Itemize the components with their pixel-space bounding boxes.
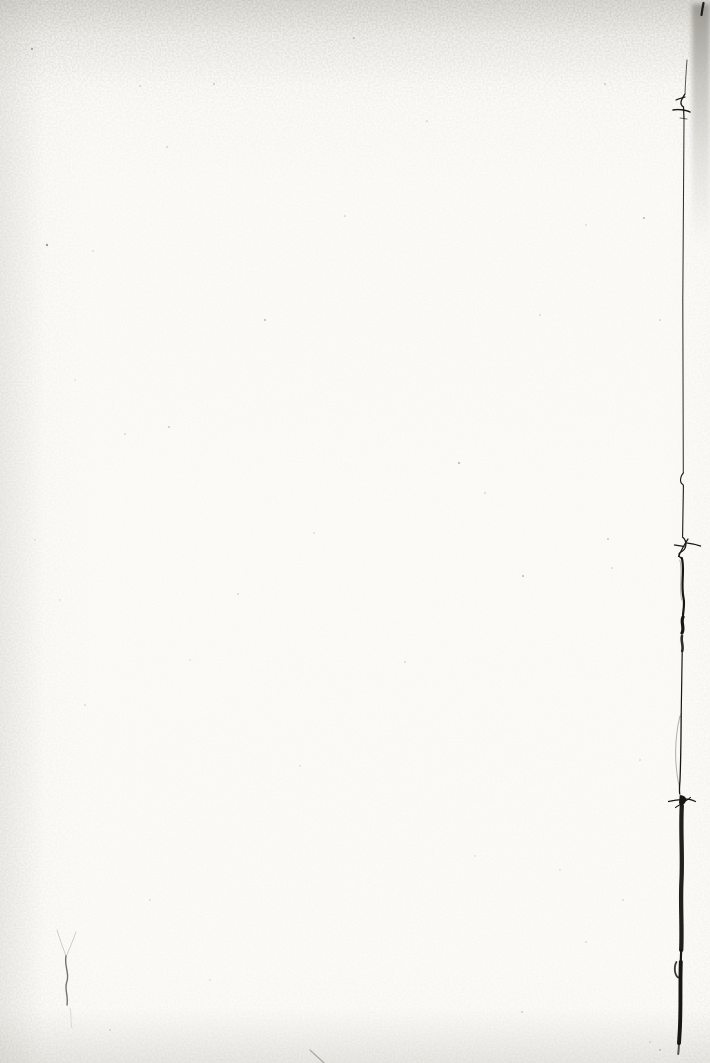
page-texture-overlay	[0, 0, 710, 1063]
thread-thick-segment-1	[681, 806, 682, 950]
thread-taper-end	[678, 1043, 679, 1054]
scanned-blank-page	[0, 0, 710, 1063]
thread-blob-2	[682, 636, 683, 651]
thread-blob-1	[682, 617, 683, 633]
thread-thick-segment-2	[679, 962, 681, 1043]
paper-grain	[0, 0, 710, 1063]
